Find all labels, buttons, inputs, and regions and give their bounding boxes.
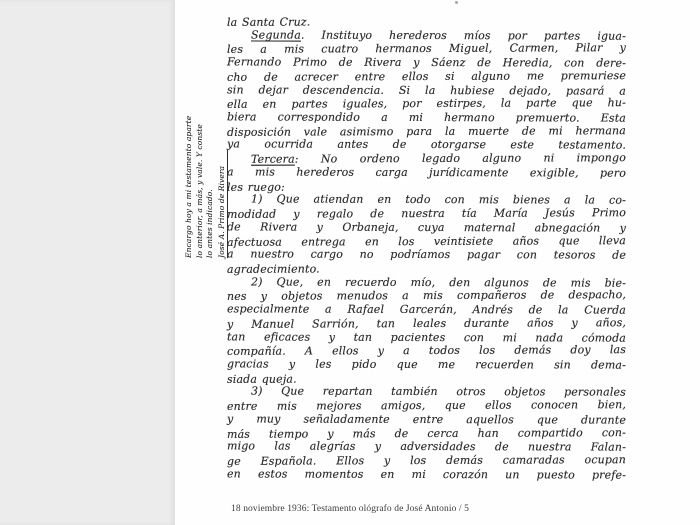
manuscript-line: gracias y les pido que me recuerden sin …	[227, 357, 626, 372]
manuscript-line: y Manuel Sarrión, tan leales durante año…	[227, 316, 626, 331]
manuscript-line: la Santa Cruz.	[227, 14, 626, 29]
manuscript-line: migo las alegrías y adversidades de nues…	[227, 440, 626, 455]
underlined-word: Tercera	[251, 153, 295, 166]
manuscript-line: compañía. A ellos y a todos los demás do…	[227, 343, 626, 358]
underlined-word: Segunda	[251, 28, 301, 41]
manuscript-line: de Rivera y Orbaneja, cuya maternal abne…	[227, 220, 626, 235]
margin-note-line: Encargo hoy a mi testamento aparte	[184, 75, 195, 258]
manuscript-line: Fernando Primo de Rivera y Sáenz de Here…	[227, 56, 626, 71]
manuscript-line: entre mis mejores amigos, que ellos cono…	[227, 398, 626, 413]
signature-text: José A. Primo de Rivera	[216, 150, 228, 258]
margin-note-line: lo antes indicado.	[205, 75, 216, 258]
scan-gutter	[0, 0, 175, 525]
manuscript-line: ge Española. Ellos y los demás camaradas…	[227, 453, 626, 468]
manuscript-line: modidad y regalo de nuestra tía María Je…	[227, 206, 626, 221]
ink-speck	[455, 1, 458, 4]
manuscript-line: Tercera: No ordeno legado alguno ni impo…	[227, 151, 626, 166]
manuscript-line: a nuestro cargo no podríamos pagar con t…	[227, 248, 626, 263]
margin-annotation: Encargo hoy a mi testamento apartelo ant…	[184, 75, 227, 258]
manuscript-line: en estos momentos en mi corazón un puest…	[227, 467, 626, 482]
margin-note-signature: José A. Primo de Rivera	[216, 75, 227, 258]
margin-note-line: lo anterior, a más, y vale. Y conste	[195, 75, 206, 258]
manuscript-line: especialmente a Rafael Garcerán, Andrés …	[227, 302, 626, 317]
manuscript-line: agradecimiento.	[227, 261, 626, 276]
manuscript-line: y muy señaladamente entre aquellos que d…	[227, 412, 626, 427]
manuscript-line: cho de acrecer entre ellos si alguno me …	[227, 69, 626, 84]
manuscript-line: a mis herederos carga jurídicamente exig…	[227, 165, 626, 180]
manuscript-text-block: la Santa Cruz.Segunda. Instituyo hereder…	[227, 15, 626, 481]
manuscript-line: biera correspondido a mi hermano premuer…	[227, 110, 626, 125]
caption: 18 noviembre 1936: Testamento ológrafo d…	[0, 504, 700, 514]
